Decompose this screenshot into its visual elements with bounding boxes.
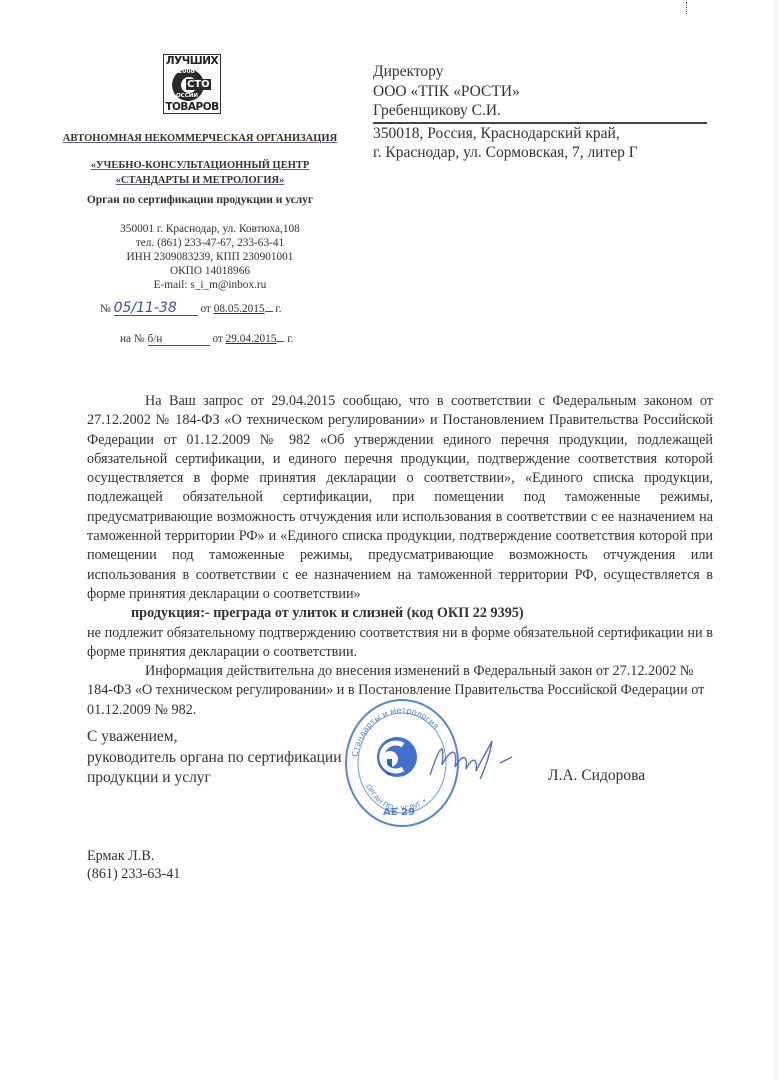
org-name-line2: «СТАНДАРТЫ И МЕТРОЛОГИЯ»	[40, 173, 360, 188]
logo-top-text: ЛУЧШИХ	[164, 55, 220, 67]
recipient-address-line2: г. Краснодар, ул. Сормовская, 7, литер Г	[373, 143, 707, 163]
org-inn-kpp: ИНН 2309083239, КПП 230901001	[60, 250, 360, 264]
scan-artifact	[686, 2, 689, 14]
recipient-position: Директору	[373, 62, 707, 82]
logo-bottom-text: ТОВАРОВ	[164, 101, 220, 113]
signer-name: Л.А. Сидорова	[548, 767, 645, 785]
org-address: 350001 г. Краснодар, ул. Ковтюха,108	[60, 222, 360, 236]
incoming-reference: на № б/н от 29.04.2015 г.	[120, 333, 293, 346]
incoming-prefix: на №	[120, 333, 145, 345]
executor-name: Ермак Л.В.	[87, 847, 180, 865]
logo-center-text: СТО	[186, 79, 211, 90]
closing-title-line1: руководитель органа по сертификации	[87, 748, 342, 769]
org-division: Орган по сертификации продукции и услуг	[40, 194, 360, 206]
org-contacts: 350001 г. Краснодар, ул. Ковтюха,108 тел…	[60, 222, 360, 292]
incoming-number: б/н	[148, 333, 210, 346]
outgoing-date-blank	[265, 311, 273, 312]
svg-text:АЕ 29: АЕ 29	[383, 807, 415, 818]
body-paragraph-1: На Ваш запрос от 29.04.2015 сообщаю, что…	[87, 392, 713, 604]
outgoing-prefix: №	[100, 303, 111, 315]
closing-salutation: С уважением,	[87, 727, 342, 748]
org-phone: тел. (861) 233-47-67, 233-63-41	[60, 236, 360, 250]
page-edge-shadow	[773, 0, 779, 1080]
incoming-suffix: г.	[287, 333, 293, 345]
incoming-from: от	[212, 333, 222, 345]
product-line: продукция:- преграда от улиток и слизней…	[87, 604, 713, 623]
recipient-block: Директору ООО «ТПК «РОСТИ» Гребенщикову …	[373, 62, 707, 163]
closing-title-line2: продукции и услуг	[87, 768, 342, 789]
org-name-line1: «УЧЕБНО-КОНСУЛЬТАЦИОННЫЙ ЦЕНТР	[40, 158, 360, 173]
letter-body: На Ваш запрос от 29.04.2015 сообщаю, что…	[87, 392, 713, 720]
incoming-date: 29.04.2015	[226, 333, 277, 345]
org-okpo: ОКПО 14018966	[60, 264, 360, 278]
outgoing-suffix: г.	[275, 303, 281, 315]
outgoing-number: 05/11-38	[114, 302, 198, 316]
recipient-address-line1: 350018, Россия, Краснодарский край,	[373, 124, 707, 144]
logo-year: 2008	[178, 68, 195, 75]
outgoing-reference: № 05/11-38 от 08.05.2015 г.	[100, 302, 282, 316]
body-paragraph-2: не подлежит обязательному подтверждению …	[87, 624, 713, 663]
outgoing-date: 08.05.2015	[214, 303, 265, 315]
executor-block: Ермак Л.В. (861) 233-63-41	[87, 847, 180, 883]
incoming-date-blank	[276, 341, 284, 342]
recipient-company: ООО «ТПК «РОСТИ»	[373, 82, 707, 102]
signature-icon	[420, 735, 540, 785]
org-logo: ЛУЧШИХ 2008 СТО ОССИИ ТОВАРОВ	[163, 54, 221, 114]
executor-phone: (861) 233-63-41	[87, 865, 180, 883]
org-name: «УЧЕБНО-КОНСУЛЬТАЦИОННЫЙ ЦЕНТР «СТАНДАРТ…	[40, 158, 360, 188]
org-type: АВТОНОМНАЯ НЕКОММЕРЧЕСКАЯ ОРГАНИЗАЦИЯ	[40, 133, 360, 144]
outgoing-from: от	[200, 303, 210, 315]
closing-block: С уважением, руководитель органа по серт…	[87, 727, 342, 789]
recipient-name: Гребенщикову С.И.	[373, 101, 707, 121]
logo-side-text: ОССИИ	[176, 93, 198, 99]
org-email: E-mail: s_i_m@inbox.ru	[60, 278, 360, 292]
